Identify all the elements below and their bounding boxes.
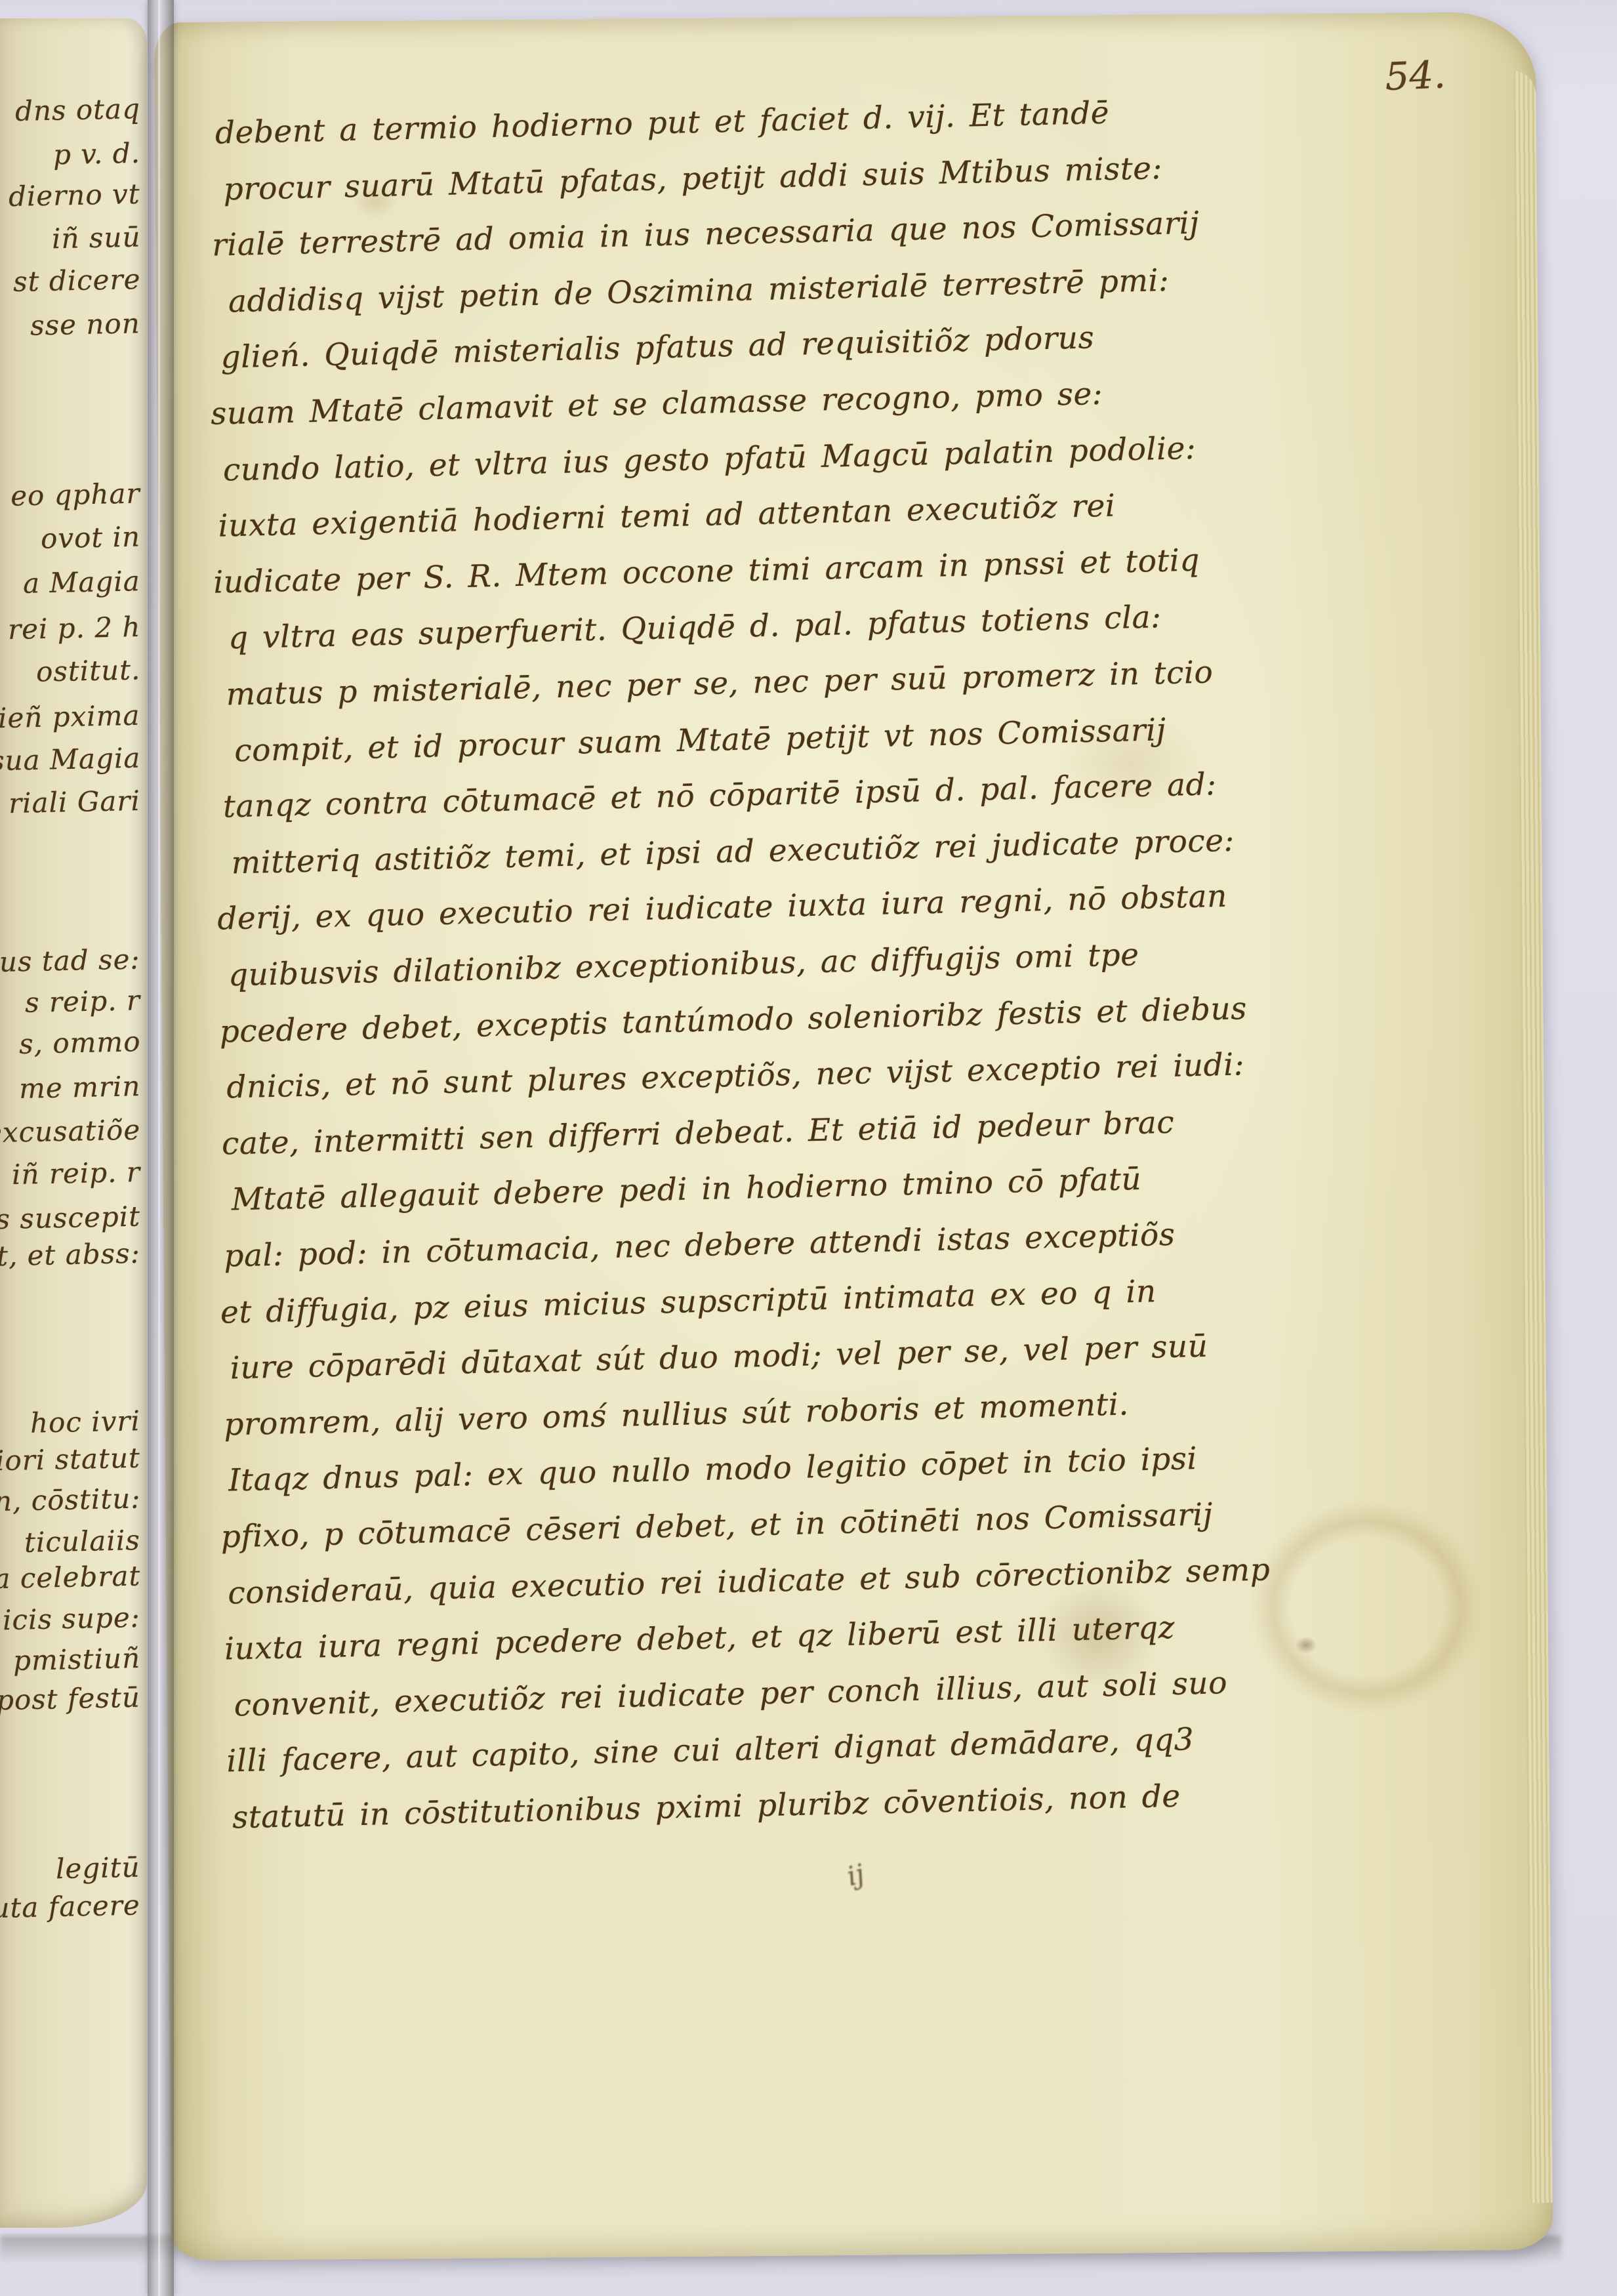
left-page-text-line: t, et abss: <box>0 1237 140 1273</box>
left-page-text-line: ieñ pxima <box>0 699 140 735</box>
left-page-text-line: s, ommo <box>18 1025 140 1060</box>
left-page-text-line: excusatiõe <box>0 1114 140 1149</box>
manuscript-text-line: promrem, alij vero omś nullius sút robor… <box>224 1386 1130 1443</box>
manuscript-text-line: suam Mtatē clamavit et se clamasse recog… <box>211 376 1103 432</box>
left-page-text-line: i, eo qphar <box>0 477 140 512</box>
manuscript-text-block: debent a termio hodierno put et faciet d… <box>154 12 1553 2261</box>
left-page-text-line: st dicere <box>12 263 140 298</box>
manuscript-text-line: derij, ex quo executio rei iudicate iuxt… <box>217 878 1228 937</box>
left-page-text-line: me mrin <box>18 1070 140 1105</box>
left-page-text-line: ostitut. <box>35 653 140 687</box>
manuscript-text-line: q vltra eas superfuerit. Quiqdē d. pal. … <box>228 600 1162 657</box>
book-cradle-bar <box>148 0 174 2296</box>
manuscript-text-line: matus p misterialē, nec per se, nec per … <box>226 654 1214 712</box>
left-page-text-line: hoc ivri <box>30 1404 141 1439</box>
left-page-text-line: rei p. 2 h <box>7 611 140 646</box>
manuscript-text-line: illi facere, aut capito, sine cui alteri… <box>226 1721 1195 1779</box>
left-page-text-line: icis supe: <box>3 1601 141 1636</box>
manuscript-text-line: addidisq vijst petin de Oszimina misteri… <box>228 262 1170 320</box>
left-page-text-line: is suscepit <box>0 1200 140 1236</box>
manuscript-text-line: iure cōparēdi dūtaxat sút duo modi; vel … <box>230 1328 1208 1387</box>
manuscript-text-line: Mtatē allegauit debere pedi in hodierno … <box>231 1161 1142 1218</box>
manuscript-scan: dns otaqp v. d.dierno vtiñ suūst diceres… <box>0 0 1617 2296</box>
left-page-text-line: sua Magia <box>0 742 140 777</box>
left-page-text-line: bus tad se: <box>0 943 140 978</box>
left-page-text-line: iñ suū <box>51 221 140 255</box>
manuscript-text-line: et diffugia, pz eius micius supscriptū i… <box>220 1273 1156 1330</box>
manuscript-text-line: pfixo, p cōtumacē cēseri debet, et in cō… <box>220 1496 1213 1555</box>
left-page-text-line: luta facere <box>0 1889 140 1924</box>
manuscript-text-line: glień. Quiqdē misterialis pfatus ad requ… <box>220 320 1095 376</box>
left-page-text-line: post festū <box>0 1681 140 1717</box>
left-page-text-line: tn, cōstitu: <box>0 1482 140 1517</box>
manuscript-text-line: cate, intermitti sen differri debeat. Et… <box>221 1104 1174 1162</box>
manuscript-text-line: Itaqz dnus pal: ex quo nullo modo legiti… <box>228 1441 1197 1498</box>
left-page-text-line: ia celebrat <box>0 1560 140 1595</box>
manuscript-text-line: convenit, executiõz rei iudicate per con… <box>234 1665 1227 1723</box>
manuscript-text-line: compit, et id procur suam Mtatē petijt v… <box>234 712 1167 769</box>
manuscript-text-line: procur suarū Mtatū pfatas, petijt addi s… <box>223 150 1162 207</box>
manuscript-text-line: debent a termio hodierno put et faciet d… <box>215 95 1109 152</box>
manuscript-text-line: quibusvis dilationibz exceptionibus, ac … <box>228 937 1139 993</box>
manuscript-text-line: pal: pod: in cōtumacia, nec debere atten… <box>224 1217 1176 1275</box>
left-page-text-line: dns otaq <box>15 92 141 127</box>
left-page-text-line: riali Gari <box>9 785 141 819</box>
manuscript-text-line: dnicis, et nō sunt plures exceptiõs, nec… <box>226 1046 1245 1105</box>
manuscript-text-line: iuxta exigentiā hodierni temi ad attenta… <box>218 488 1116 544</box>
manuscript-page: 54. debent a termio hodierno put et faci… <box>154 12 1553 2261</box>
left-page-text-line: gia, iñ reip. r <box>0 1156 140 1192</box>
left-page-text-line: ovot in <box>40 520 140 554</box>
left-page-text-line: dierno vt <box>9 178 141 213</box>
left-page: dns otaqp v. d.dierno vtiñ suūst diceres… <box>0 18 147 2228</box>
left-page-text-line: s reip. r <box>25 984 141 1019</box>
manuscript-text-line: iuxta iura regni pcedere debet, et qz li… <box>224 1610 1175 1668</box>
left-page-text-line: p v. d. <box>53 137 141 171</box>
manuscript-text-line: iudicate per S. R. Mtem occone timi arca… <box>213 542 1200 600</box>
manuscript-text-line: statutū in cōstitutionibus pximi pluribz… <box>232 1778 1181 1836</box>
left-page-text-line: ticulaiis <box>24 1524 141 1559</box>
manuscript-text-line: tanqz contra cōtumacē et nō cōparitē ips… <box>222 766 1217 825</box>
manuscript-text-line: mitteriq astitiõz temi, et ipsi ad execu… <box>231 823 1235 882</box>
manuscript-text-line: pcedere debet, exceptis tantúmodo soleni… <box>219 991 1247 1050</box>
left-page-text-line: sse non <box>30 307 141 342</box>
manuscript-text-line: cundo latio, et vltra ius gesto pfatū Ma… <box>222 430 1196 488</box>
manuscript-text-line: consideraū, quia executio rei iudicate e… <box>228 1551 1271 1611</box>
manuscript-text-line: rialē terrestrē ad omia in ius necessari… <box>212 205 1200 264</box>
left-page-text-line: iori statut <box>0 1442 140 1477</box>
left-page-text-line: legitū <box>56 1851 141 1885</box>
left-page-text-line: pmistiuñ <box>12 1642 140 1677</box>
left-page-text-line: a Magia <box>23 565 141 600</box>
